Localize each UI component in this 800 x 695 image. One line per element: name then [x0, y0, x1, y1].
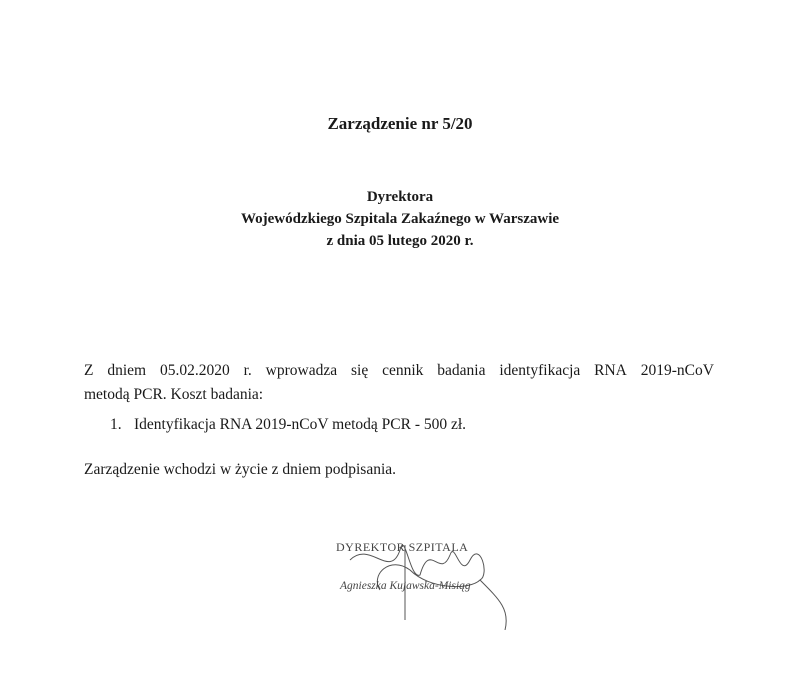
word: identyfikacja: [499, 359, 580, 383]
signature-scribble: [330, 520, 530, 630]
word: dniem: [107, 359, 146, 383]
word: cennik: [382, 359, 423, 383]
word: się: [351, 359, 368, 383]
header-line-3: z dnia 05 lutego 2020 r.: [0, 230, 800, 252]
list-item: 1.Identyfikacja RNA 2019-nCoV metodą PCR…: [110, 416, 466, 434]
stamp-title: DYREKTOR SZPITALA: [336, 540, 468, 555]
document-header: Dyrektora Wojewódzkiego Szpitala Zakaźne…: [0, 186, 800, 252]
word: Z: [84, 359, 93, 383]
word: r.: [244, 359, 252, 383]
paragraph-1-line-1: Zdniem05.02.2020r.wprowadzasięcennikbada…: [84, 359, 714, 383]
header-line-2: Wojewódzkiego Szpitala Zakaźnego w Warsz…: [0, 208, 800, 230]
word: badania: [437, 359, 485, 383]
paragraph-1-line-2: metodą PCR. Koszt badania:: [84, 383, 714, 407]
word: 2019-nCoV: [641, 359, 714, 383]
paragraph-2: Zarządzenie wchodzi w życie z dniem podp…: [84, 461, 714, 479]
list-item-number: 1.: [110, 416, 134, 434]
word: RNA: [594, 359, 627, 383]
paragraph-1: Zdniem05.02.2020r.wprowadzasięcennikbada…: [84, 359, 714, 407]
header-line-1: Dyrektora: [0, 186, 800, 208]
word: 05.02.2020: [160, 359, 230, 383]
list-item-text: Identyfikacja RNA 2019-nCoV metodą PCR -…: [134, 416, 466, 433]
stamp-name: Agnieszka Kujawska-Misiąg: [340, 580, 471, 592]
document-title: Zarządzenie nr 5/20: [0, 114, 800, 134]
word: wprowadza: [266, 359, 337, 383]
